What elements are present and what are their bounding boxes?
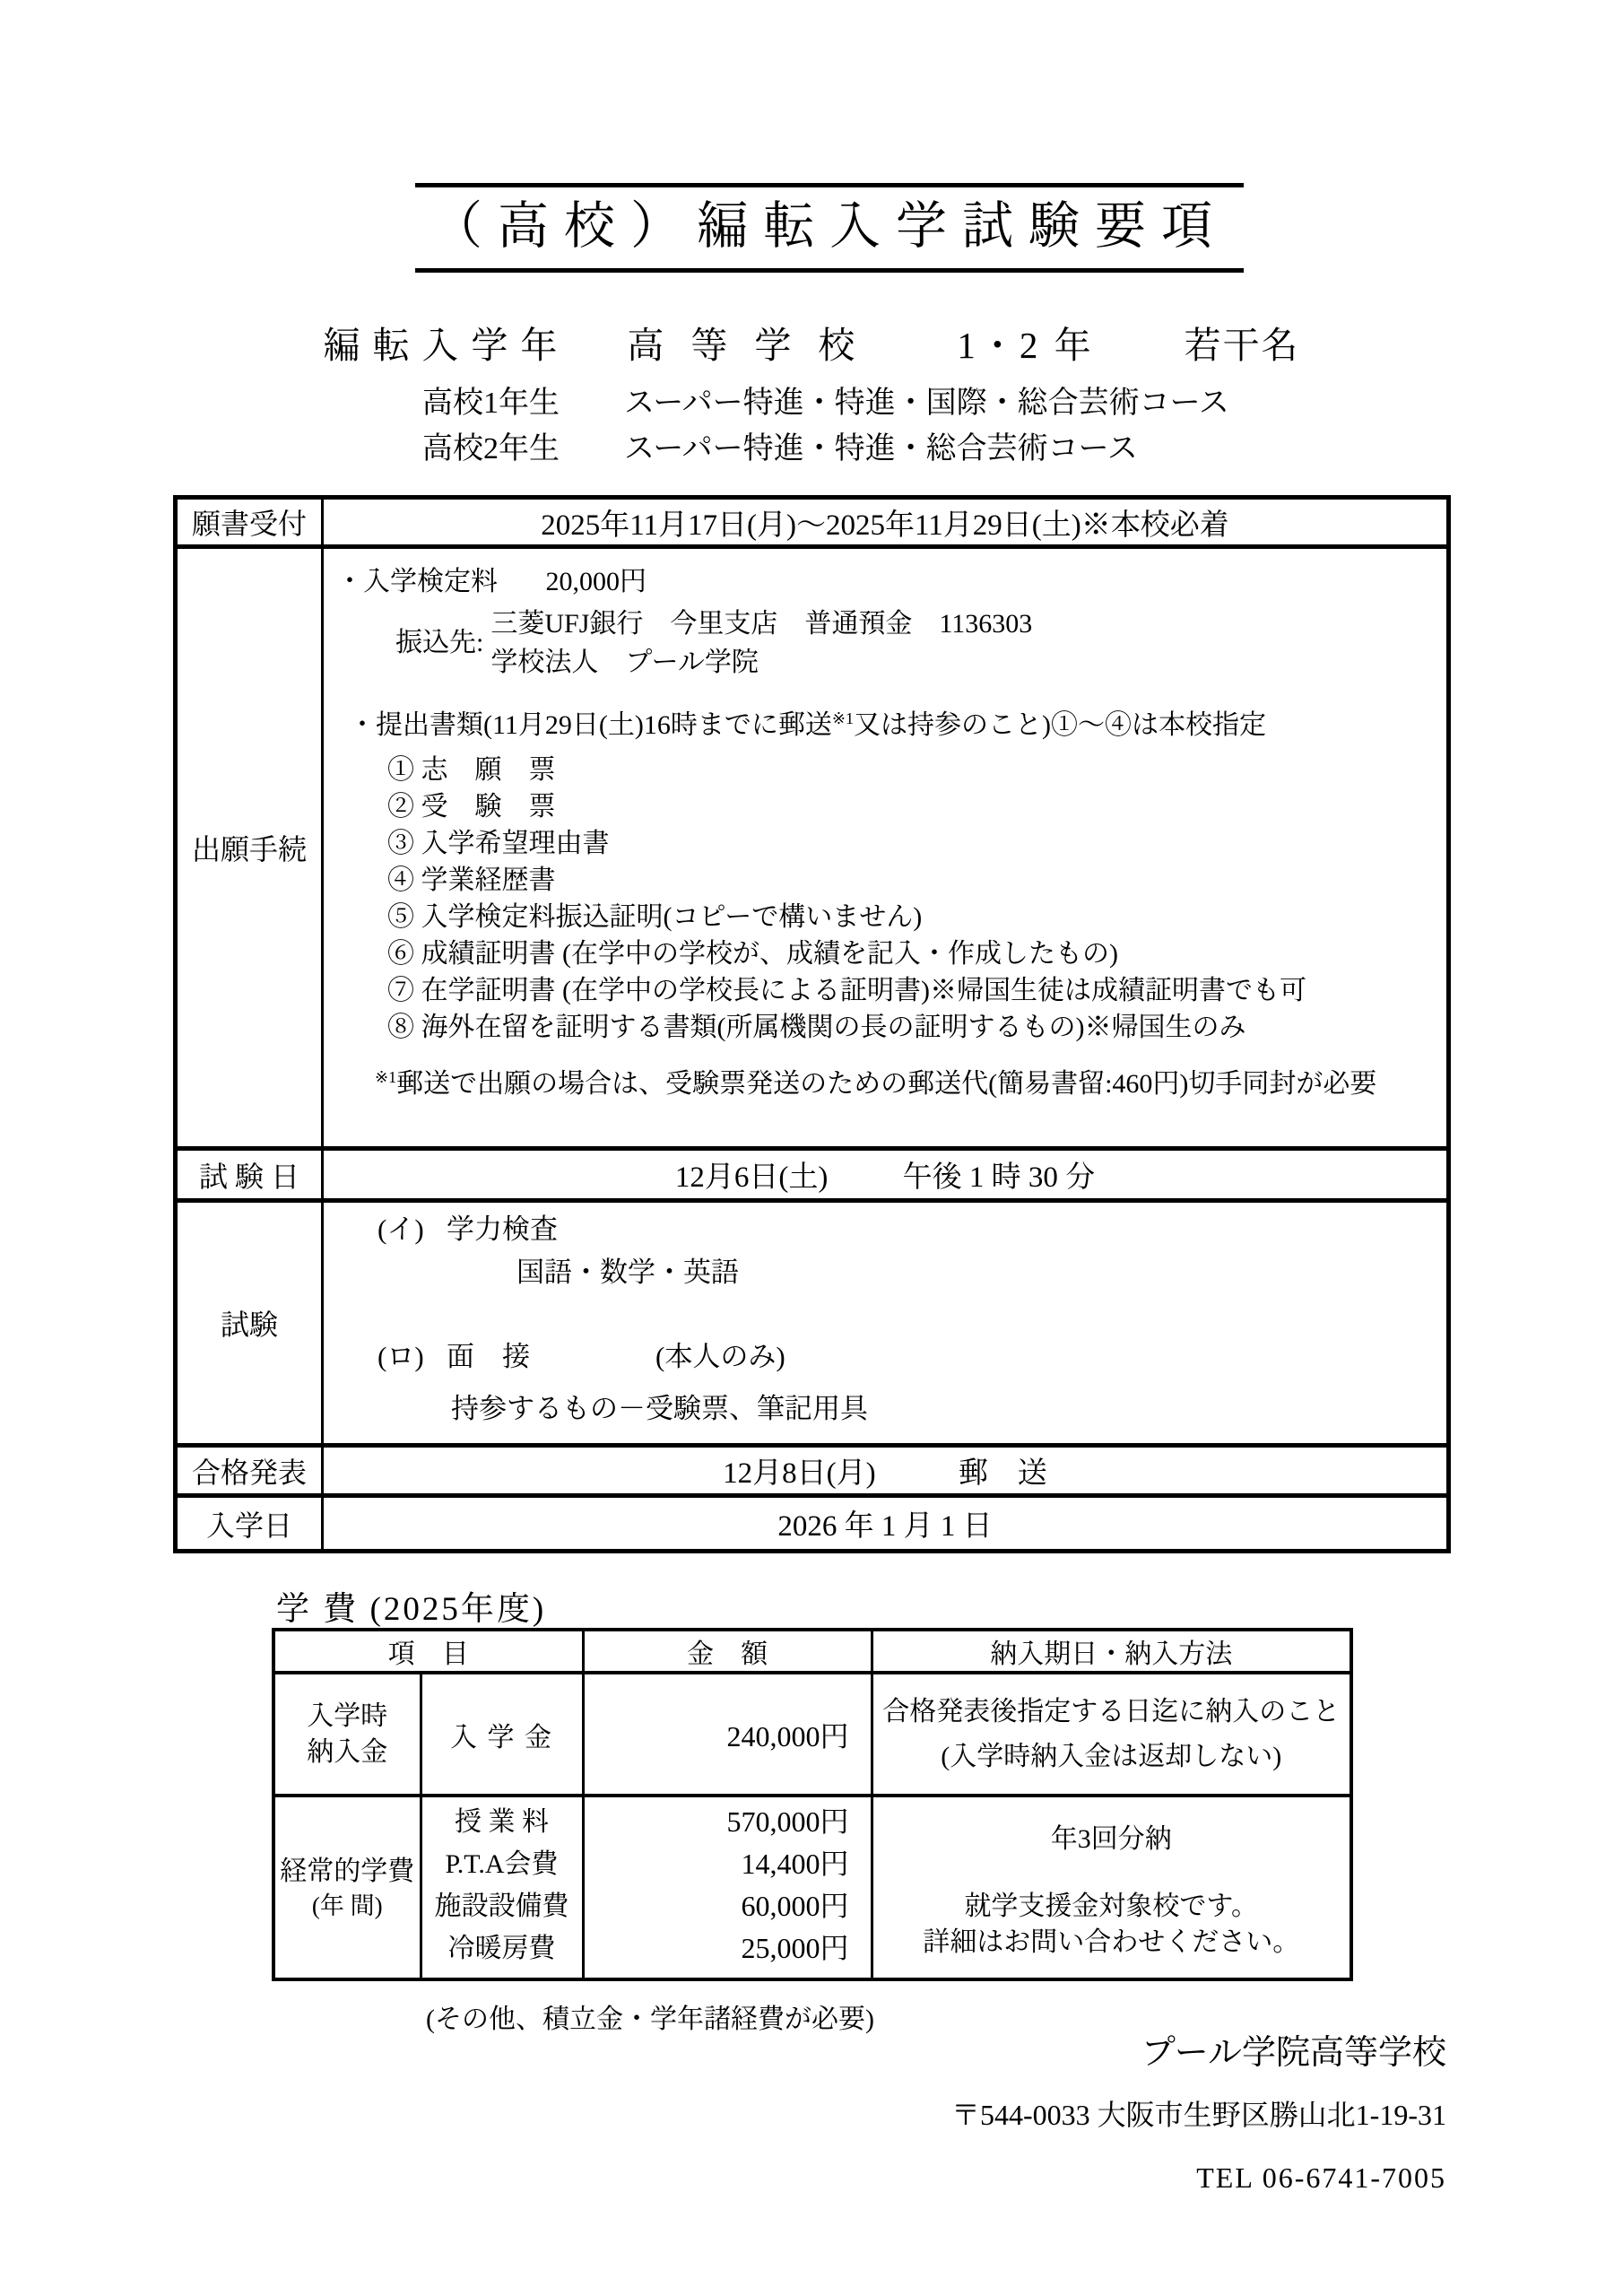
admission-label: 編転入学年 [323, 321, 569, 370]
school-name: プール学院高等学校 [951, 2032, 1446, 2074]
table-row-application: 願書受付 2025年11月17日(月)～2025年11月29日(土)※本校必着 [176, 498, 1449, 547]
row-header-entrance: 入学日 [176, 1496, 323, 1552]
exam-fee-label: ・入学検定料 [336, 567, 498, 596]
result-date: 12月8日(月) [723, 1457, 875, 1490]
fees-row-entrance: 入学時 納入金 入 学 金 240,000円 合格発表後指定する日迄に納入のこと… [273, 1673, 1351, 1796]
result-cell: 12月8日(月) 郵 送 [323, 1446, 1449, 1496]
fees-note: (その他、積立金・学年諸経費が必要) [426, 1996, 874, 2036]
fees-amounts-stack: 570,000円 14,400円 60,000円 25,000円 [583, 1796, 872, 1979]
fees-item: 施設設備費 [422, 1885, 582, 1927]
procedure-cell: ・入学検定料 20,000円 振込先: 三菱UFJ銀行 今里支店 普通預金 11… [323, 547, 1449, 1149]
exam-part2: (ロ) 面 接 (本人のみ) [378, 1341, 1446, 1373]
mail-footnote: ※1郵送で出願の場合は、受験票発送のための郵送代(簡易書留:460円)切手同封が… [375, 1065, 1437, 1103]
fees-item: 入 学 金 [421, 1673, 583, 1796]
admission-capacity: 若干名 [1185, 321, 1300, 370]
school-address: 〒544-0033 大阪市生野区勝山北1-19-31 [951, 2095, 1446, 2135]
school-contact-block: プール学院高等学校 〒544-0033 大阪市生野区勝山北1-19-31 TEL… [951, 2032, 1446, 2197]
exam-date: 12月6日(土) [675, 1161, 828, 1194]
list-item: ③ 入学希望理由書 [387, 825, 1437, 862]
mail-footnote-text: 郵送で出願の場合は、受験票発送のための郵送代(簡易書留:460円)切手同封が必要 [396, 1069, 1376, 1099]
title-block: （高校）編転入学試験要項 [415, 183, 1244, 273]
fees-category-line: 入学時 [275, 1699, 420, 1735]
fees-section-title: 学 費 (2025年度) [276, 1589, 546, 1631]
list-item: ⑦ 在学証明書 (在学中の学校長による証明書)※帰国生徒は成績証明書でも可 [387, 972, 1437, 1009]
school-tel: TEL 06-6741-7005 [951, 2158, 1446, 2197]
fees-category-line: 納入金 [275, 1735, 420, 1770]
fees-row-recurring: 経常的学費 (年 間) 授 業 料 P.T.A会費 施設設備費 冷暖房費 570… [273, 1796, 1351, 1979]
fees-method: 年3回分納 就学支援金対象校です。 詳細はお問い合わせください。 [872, 1796, 1351, 1979]
exam-fee-amount: 20,000円 [546, 567, 647, 596]
table-row-procedure: 出願手続 ・入学検定料 20,000円 振込先: 三菱UFJ銀行 今里支店 普通… [176, 547, 1449, 1149]
list-item: ② 受 験 票 [387, 788, 1437, 825]
fees-item: P.T.A会費 [422, 1843, 582, 1885]
page-title: （高校）編転入学試験要項 [415, 187, 1244, 268]
fees-item-labels: 授 業 料 P.T.A会費 施設設備費 冷暖房費 [422, 1801, 582, 1970]
course-row-grade1: 高校1年生 スーパー特進・特進・国際・総合芸術コース [422, 380, 1229, 426]
fees-item: 冷暖房費 [422, 1927, 582, 1970]
fees-category: 入学時 納入金 [273, 1673, 421, 1796]
fees-header-row: 項 目 金 額 納入期日・納入方法 [273, 1630, 1351, 1673]
course-list: 高校1年生 スーパー特進・特進・国際・総合芸術コース 高校2年生 スーパー特進・… [422, 380, 1229, 472]
fees-method-line: 就学支援金対象校です。 [873, 1889, 1350, 1925]
exam-time: 午後 1 時 30 分 [903, 1161, 1096, 1194]
fees-method-line: (入学時納入金は返却しない) [873, 1739, 1350, 1775]
fees-method-line: 年3回分納 [873, 1822, 1350, 1857]
list-item: ④ 学業経歴書 [387, 862, 1437, 899]
fees-amount: 14,400円 [585, 1843, 871, 1885]
fees-category-line: 経常的学費 [275, 1854, 420, 1890]
row-header-exam-date: 試 験 日 [176, 1149, 323, 1201]
admission-summary-line: 編転入学年 高等学校 1・2 年 若干名 [0, 321, 1623, 370]
list-item: ⑥ 成績証明書 (在学中の学校が、成績を記入・作成したもの) [387, 935, 1437, 972]
fees-items-stack: 授 業 料 P.T.A会費 施設設備費 冷暖房費 [421, 1796, 583, 1979]
exam-fee-line: ・入学検定料 20,000円 [336, 563, 1437, 601]
document-page: （高校）編転入学試験要項 編転入学年 高等学校 1・2 年 若干名 高校1年生 … [0, 0, 1623, 2296]
exam-part1-label: (イ) [378, 1213, 447, 1246]
list-item: ⑤ 入学検定料振込証明(コピーで構いません) [387, 899, 1437, 935]
row-header-result: 合格発表 [176, 1446, 323, 1496]
course-grade-label: 高校1年生 [422, 380, 624, 426]
row-header-application: 願書受付 [176, 498, 323, 547]
exam-part2-label: (ロ) [378, 1341, 447, 1373]
result-method: 郵 送 [959, 1457, 1047, 1490]
exam-date-cell: 12月6日(土) 午後 1 時 30 分 [323, 1149, 1449, 1201]
fees-method-line: 合格発表後指定する日迄に納入のこと [873, 1694, 1350, 1730]
documents-intro: ・提出書類(11月29日(土)16時までに郵送※1又は持参のこと)①～④は本校指… [349, 707, 1437, 744]
fees-table: 項 目 金 額 納入期日・納入方法 入学時 納入金 入 学 金 240,000円… [272, 1628, 1353, 1981]
transfer-details: 三菱UFJ銀行 今里支店 普通預金 1136303 学校法人 プール学院 [490, 604, 1032, 682]
exam-part1: (イ) 学力検査 [378, 1213, 1446, 1246]
fees-method: 合格発表後指定する日迄に納入のこと (入学時納入金は返却しない) [872, 1673, 1351, 1796]
course-names: スーパー特進・特進・総合芸術コース [624, 426, 1138, 472]
fees-category: 経常的学費 (年 間) [273, 1796, 421, 1979]
fees-amount: 240,000円 [583, 1673, 872, 1796]
exam-bring-note: 持参するもの－受験票、筆記用具 [451, 1393, 1446, 1425]
course-grade-label: 高校2年生 [422, 426, 624, 472]
exam-subjects: 国語・数学・英語 [516, 1257, 1446, 1289]
transfer-label: 振込先: [395, 624, 483, 662]
exam-part2-note: (本人のみ) [655, 1341, 785, 1373]
application-period: 2025年11月17日(月)～2025年11月29日(土)※本校必着 [323, 498, 1449, 547]
exam-content-cell: (イ) 学力検査 国語・数学・英語 (ロ) 面 接 (本人のみ) 持参するもの－… [323, 1201, 1449, 1446]
admission-grades: 1・2 年 [957, 321, 1094, 370]
course-row-grade2: 高校2年生 スーパー特進・特進・総合芸術コース [422, 426, 1229, 472]
row-header-exam: 試験 [176, 1201, 323, 1446]
fees-col-amount: 金 額 [583, 1630, 872, 1673]
bank-transfer-block: 振込先: 三菱UFJ銀行 今里支店 普通預金 1136303 学校法人 プール学… [395, 604, 1437, 682]
documents-intro-pre: ・提出書類(11月29日(土)16時までに郵送 [349, 710, 832, 740]
documents-list: ① 志 願 票 ② 受 験 票 ③ 入学希望理由書 ④ 学業経歴書 ⑤ 入学検定… [387, 752, 1437, 1046]
list-item: ① 志 願 票 [387, 752, 1437, 788]
table-row-exam: 試験 (イ) 学力検査 国語・数学・英語 (ロ) 面 接 (本人のみ) 持参する… [176, 1201, 1449, 1446]
fees-category-line: (年 間) [275, 1890, 420, 1922]
documents-intro-post: 又は持参のこと)①～④は本校指定 [854, 710, 1266, 740]
row-header-procedure: 出願手続 [176, 547, 323, 1149]
course-names: スーパー特進・特進・国際・総合芸術コース [624, 380, 1229, 426]
account-holder-line: 学校法人 プール学院 [490, 643, 1032, 682]
exam-outline-table: 願書受付 2025年11月17日(月)～2025年11月29日(土)※本校必着 … [173, 495, 1451, 1553]
fees-col-method: 納入期日・納入方法 [872, 1630, 1351, 1673]
bank-account-line: 三菱UFJ銀行 今里支店 普通預金 1136303 [490, 604, 1032, 643]
fees-item: 授 業 料 [422, 1801, 582, 1843]
table-row-result: 合格発表 12月8日(月) 郵 送 [176, 1446, 1449, 1496]
list-item: ⑧ 海外在留を証明する書類(所属機関の長の証明するもの)※帰国生のみ [387, 1009, 1437, 1046]
entrance-date: 2026 年 1 月 1 日 [323, 1496, 1449, 1552]
table-row-entrance: 入学日 2026 年 1 月 1 日 [176, 1496, 1449, 1552]
exam-part2-title: 面 接 [447, 1341, 530, 1373]
footnote-ref: ※1 [832, 709, 854, 727]
footnote-ref: ※1 [375, 1068, 396, 1086]
fees-amount: 570,000円 [585, 1801, 871, 1843]
exam-part1-title: 学力検査 [447, 1213, 558, 1246]
fees-col-item: 項 目 [273, 1630, 583, 1673]
fees-amount: 25,000円 [585, 1927, 871, 1970]
table-row-exam-date: 試 験 日 12月6日(土) 午後 1 時 30 分 [176, 1149, 1449, 1201]
fees-amount: 60,000円 [585, 1885, 871, 1927]
fees-method-line: 詳細はお問い合わせください。 [873, 1925, 1350, 1961]
admission-school: 高等学校 [627, 321, 881, 370]
